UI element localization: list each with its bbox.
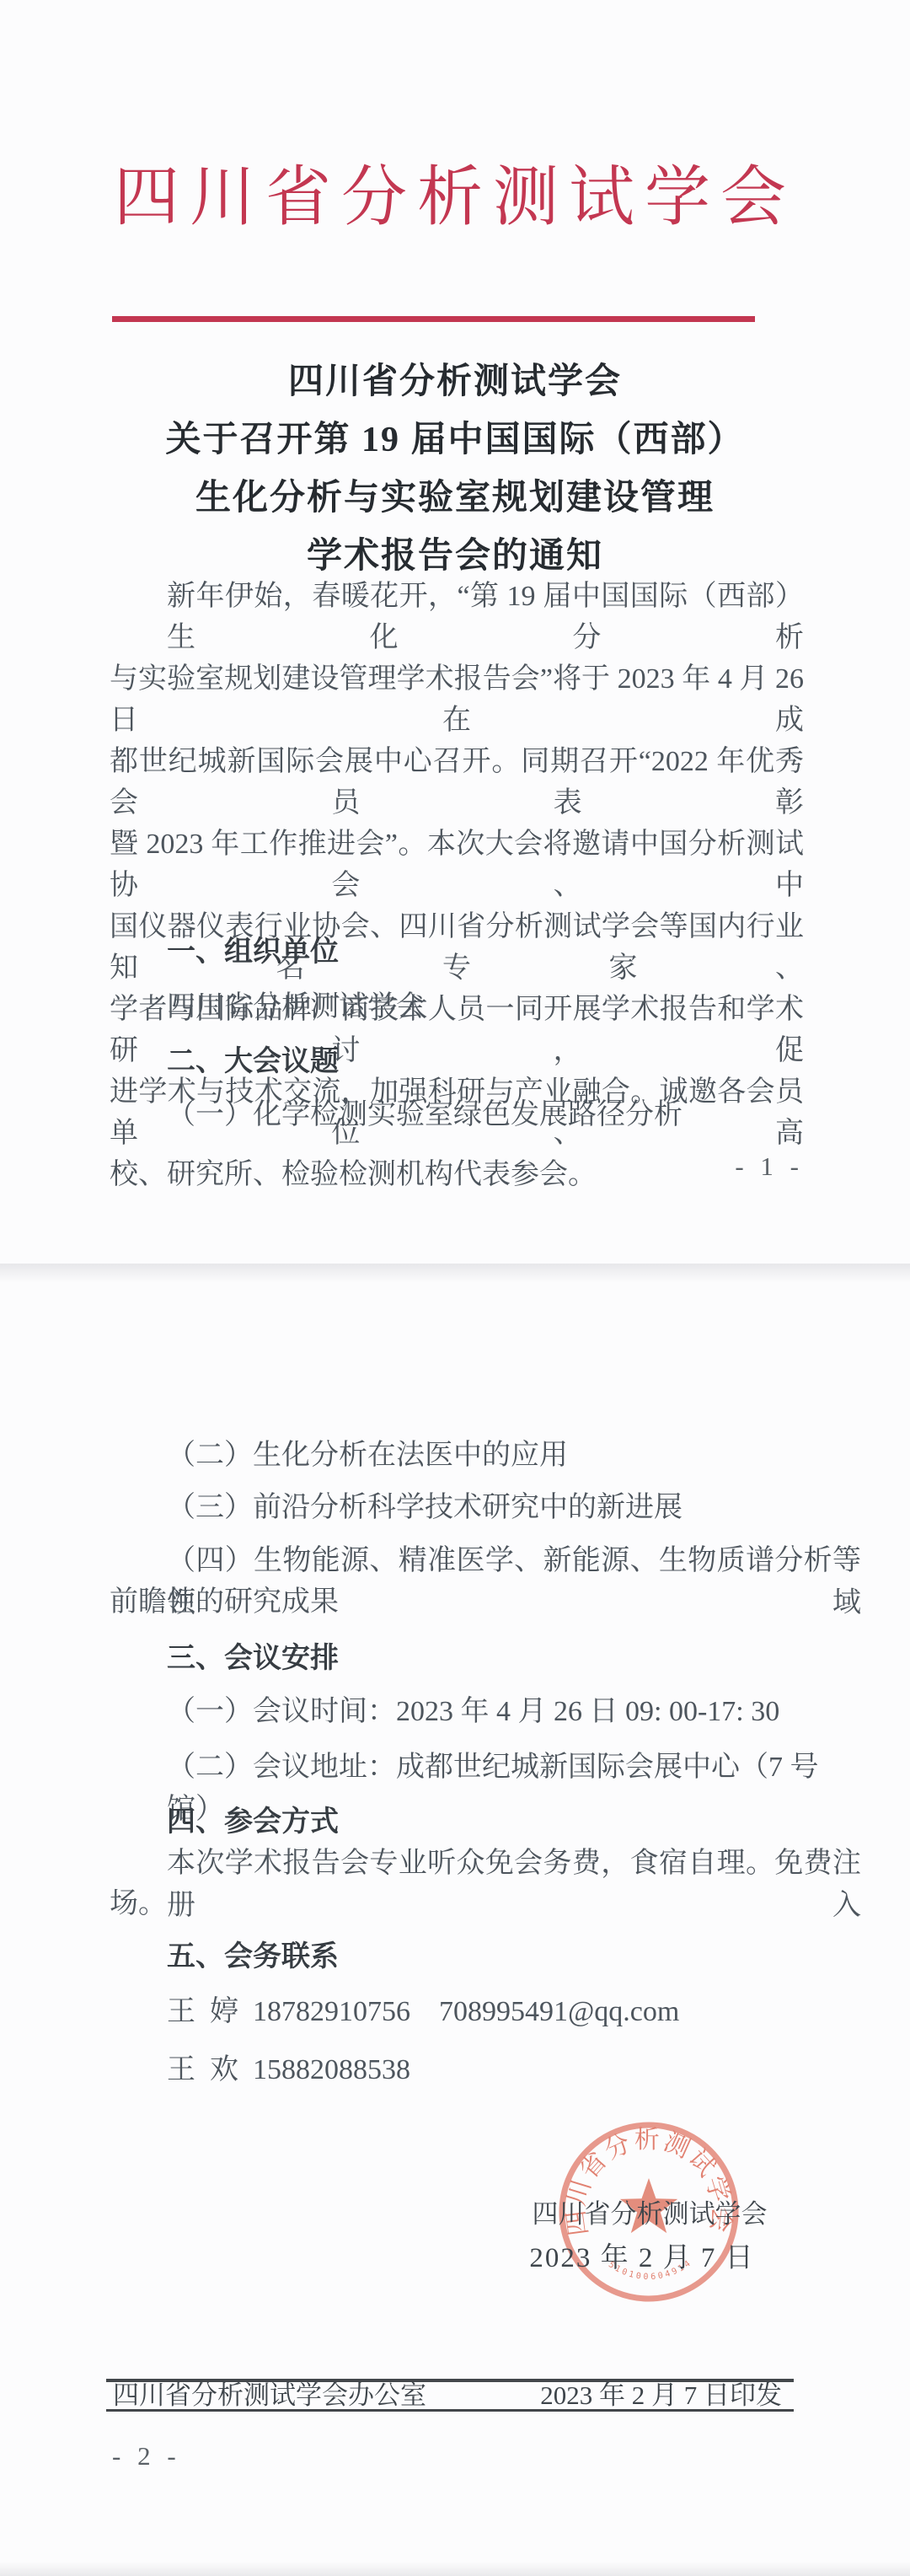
attendance-line-2: 场。: [110, 1883, 804, 1925]
letterhead-rule: [112, 316, 755, 322]
section-5-heading: 五、会务联系: [110, 1935, 861, 1978]
document-title: 四川省分析测试学会 关于召开第 19 届中国国际（西部） 生化分析与实验室规划建…: [0, 353, 910, 586]
section-4-heading: 四、参会方式: [110, 1801, 861, 1843]
page-number-2: - 2 -: [112, 2441, 181, 2471]
intro-paragraph-line: 与实验室规划建设管理学术报告会”将于 2023 年 4 月 26 日在成: [110, 658, 804, 741]
page-number-1: - 1 -: [110, 1151, 804, 1182]
topic-item-3: （三）前沿分析科学技术研究中的新进展: [110, 1487, 861, 1529]
footer-row: 四川省分析测试学会办公室 2023 年 2 月 7 日印发: [106, 2382, 794, 2409]
section-2-heading: 二、大会议题: [110, 1040, 861, 1082]
document-title-line-2: 关于召开第 19 届中国国际（西部）: [0, 411, 910, 470]
topic-item-4-line-2: 前瞻性的研究成果: [110, 1581, 804, 1623]
topic-item-1: （一）化学检测实验室绿色发展路径分析: [110, 1094, 861, 1136]
signature-org: 四川省分析测试学会: [468, 2198, 831, 2231]
contact-person-2: 王 欢 15882088538: [110, 2049, 861, 2091]
contact-person-1: 王 婷 18782910756 708995491@qq.com: [110, 1991, 861, 2033]
signature-date: 2023 年 2 月 7 日: [463, 2241, 821, 2276]
topic-item-2: （二）生化分析在法医中的应用: [110, 1435, 861, 1477]
section-1-body: 四川省分析测试学会: [110, 986, 861, 1028]
letterhead-org-name: 四川省分析测试学会: [0, 158, 910, 236]
meeting-time: （一）会议时间：2023 年 4 月 26 日 09: 00-17: 30: [110, 1691, 861, 1733]
document-title-line-3: 生化分析与实验室规划建设管理: [0, 470, 910, 528]
footer-print-date: 2023 年 2 月 7 日印发: [540, 2382, 794, 2409]
page-break-shadow: [0, 1264, 910, 1282]
intro-paragraph-line: 都世纪城新国际会展中心召开。同期召开“2022 年优秀会员表彰: [110, 741, 804, 824]
intro-paragraph-line: 新年伊始，春暖花开，“第 19 届中国国际（西部）生化分析: [110, 576, 804, 658]
section-1-heading: 一、组织单位: [110, 931, 861, 973]
document-title-line-1: 四川省分析测试学会: [0, 353, 910, 411]
footer-rule-bottom: [106, 2409, 794, 2412]
scan-bottom-edge: [0, 2563, 910, 2576]
intro-paragraph-line: 暨 2023 年工作推进会”。本次大会将邀请中国分析测试协会、中: [110, 824, 804, 906]
section-3-heading: 三、会议安排: [110, 1637, 861, 1679]
scanned-notice-document: 四川省分析测试学会 四川省分析测试学会 关于召开第 19 届中国国际（西部） 生…: [0, 0, 910, 2576]
footer-issuing-office: 四川省分析测试学会办公室: [106, 2382, 426, 2409]
